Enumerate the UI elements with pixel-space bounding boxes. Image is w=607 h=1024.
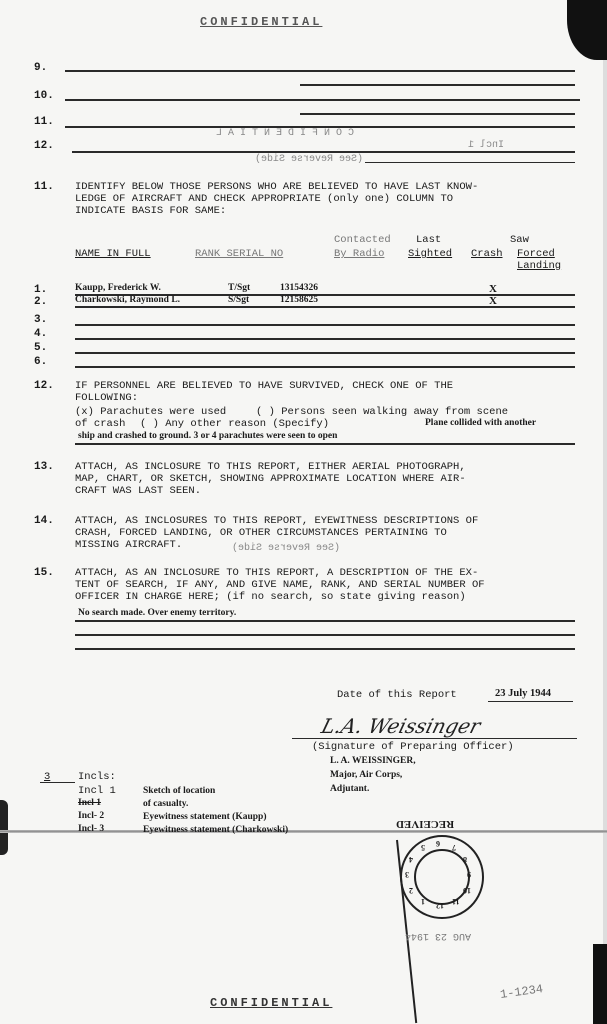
bleed-through-incl: Incl 1 <box>468 140 504 151</box>
item-10-line-2 <box>300 113 575 115</box>
handwritten-signature: L.A. Weissinger <box>319 714 483 738</box>
person-serial: 12158625 <box>280 295 318 305</box>
bleed-through-reverse-note-2: (See Reverse Side) <box>232 543 340 554</box>
column-contacted-2: By Radio <box>334 248 384 260</box>
row-line <box>75 324 575 326</box>
row-line <box>75 306 575 308</box>
item-13-number: 13. <box>34 461 54 473</box>
received-stamp-label: RECEIVED <box>396 818 454 830</box>
inclosure-description: Eyewitness statement (Charkowski) <box>143 825 288 835</box>
stamp-dial-number: 6 <box>436 839 440 848</box>
report-date-value: 23 July 1944 <box>495 688 551 699</box>
item-12-answer-line <box>75 443 575 445</box>
row-number: 5. <box>34 342 47 354</box>
bleed-line <box>365 162 575 163</box>
column-crash: Crash <box>471 248 503 260</box>
signature-caption: (Signature of Preparing Officer) <box>312 741 514 753</box>
stamp-dial-number: 9 <box>467 870 471 879</box>
classification-footer: CONFIDENTIAL <box>210 996 332 1010</box>
received-stamp-date: AUG 23 1944 <box>405 930 471 941</box>
signer-name: L. A. WEISSINGER, <box>330 756 416 766</box>
person-rank: S/Sgt <box>228 295 249 305</box>
item-15-line-1 <box>75 620 575 622</box>
option-other-reason[interactable]: ( ) Any other reason (Specify) <box>140 418 329 430</box>
scan-corner-shadow-bottom <box>593 944 607 1024</box>
stamp-dial-number: 4 <box>409 855 413 864</box>
item-12-answer-2: ship and crashed to ground. 3 or 4 parac… <box>78 431 337 441</box>
report-date-line <box>488 701 573 702</box>
stamp-dial-number: 12 <box>436 901 444 910</box>
column-name-in-full: NAME IN FULL <box>75 248 151 260</box>
row-number: 3. <box>34 314 47 326</box>
inclosure-description: of casualty. <box>143 799 188 809</box>
column-contacted-1: Contacted <box>334 234 391 246</box>
inclosure-id: Incl 1 <box>78 785 116 797</box>
stamp-dial-number: 2 <box>409 886 413 895</box>
item-14-number: 14. <box>34 515 54 527</box>
inclosure-description: Eyewitness statement (Kaupp) <box>143 812 267 822</box>
scan-edge <box>603 60 607 960</box>
stamp-dial-number: 3 <box>405 870 409 879</box>
option-walking-away-cont: of crash <box>75 418 125 430</box>
column-saw-1: Saw <box>510 234 529 246</box>
item-9-line-2 <box>300 84 575 86</box>
item-12-blank-number: 12. <box>34 140 54 152</box>
column-saw-2: Forced <box>517 248 555 260</box>
person-serial: 13154326 <box>280 283 318 293</box>
stamp-dial-number: 11 <box>452 897 460 906</box>
item-15-line-2 <box>75 634 575 636</box>
item-12-number: 12. <box>34 380 54 392</box>
row-line <box>75 366 575 368</box>
scan-fold-shadow <box>0 800 8 855</box>
signer-rank: Major, Air Corps, <box>330 770 402 780</box>
item-12-instructions: IF PERSONNEL ARE BELIEVED TO HAVE SURVIV… <box>75 380 453 404</box>
row-line <box>75 352 575 354</box>
item-15-number: 15. <box>34 567 54 579</box>
inclosure-id: Incl 1 <box>78 798 101 808</box>
column-last-1: Last <box>416 234 441 246</box>
item-10-line <box>65 99 580 101</box>
scan-corner-shadow <box>567 0 607 60</box>
item-10-number: 10. <box>34 90 54 102</box>
row-number: 4. <box>34 328 47 340</box>
signer-title: Adjutant. <box>330 784 369 794</box>
option-parachutes[interactable]: (x) Parachutes were used <box>75 406 226 418</box>
row-number: 1. <box>34 284 47 296</box>
inclosure-id: Incl- 2 <box>78 811 104 821</box>
margin-note: 1-1234 <box>499 982 544 1002</box>
item-11-instructions: IDENTIFY BELOW THOSE PERSONS WHO ARE BEL… <box>75 181 478 217</box>
row-number: 2. <box>34 296 47 308</box>
item-15-answer: No search made. Over enemy territory. <box>78 608 236 618</box>
inclosure-description: Sketch of location <box>143 786 215 796</box>
stamp-dial-number: 10 <box>463 886 471 895</box>
item-12-blank-line <box>72 151 575 153</box>
stamp-dial-number: 7 <box>452 843 456 852</box>
person-name: Charkowski, Raymond L. <box>75 295 180 305</box>
stamp-dial-number: 8 <box>463 855 467 864</box>
item-11-blank-number: 11. <box>34 116 54 128</box>
stamp-dial-number: 1 <box>421 897 425 906</box>
report-date-label: Date of this Report <box>337 689 457 701</box>
received-stamp-dial: 121234567891011 <box>400 835 484 919</box>
stamp-dial-number: 5 <box>421 843 425 852</box>
column-last-2: Sighted <box>408 248 452 260</box>
item-13-instructions: ATTACH, AS INCLOSURE TO THIS REPORT, EIT… <box>75 461 466 497</box>
item-9-number: 9. <box>34 62 47 74</box>
classification-header: CONFIDENTIAL <box>200 15 322 29</box>
inclosures-count-line <box>40 782 75 783</box>
item-11-number: 11. <box>34 181 54 193</box>
person-name: Kaupp, Frederick W. <box>75 283 161 293</box>
item-15-line-3 <box>75 648 575 650</box>
item-9-line <box>65 70 575 72</box>
bleed-through-reverse-note: (See Reverse Side) <box>255 154 363 165</box>
column-saw-3: Landing <box>517 260 561 272</box>
row-line <box>75 338 575 340</box>
column-rank-serial: RANK SERIAL NO <box>195 248 283 260</box>
inclosures-label: Incls: <box>78 771 116 783</box>
person-rank: T/Sgt <box>228 283 250 293</box>
bleed-through-classification: CONFIDENTIAL <box>210 128 354 139</box>
item-15-instructions: ATTACH, AS AN INCLOSURE TO THIS REPORT, … <box>75 567 485 603</box>
document-page: CONFIDENTIAL 9. 10. 11. 12. CONFIDENTIAL… <box>0 0 607 1024</box>
inclosure-id: Incl- 3 <box>78 824 104 834</box>
signature-line <box>292 738 577 739</box>
row-number: 6. <box>34 356 47 368</box>
option-walking-away[interactable]: ( ) Persons seen walking away from scene <box>256 406 508 418</box>
item-12-answer-1: Plane collided with another <box>425 418 536 428</box>
